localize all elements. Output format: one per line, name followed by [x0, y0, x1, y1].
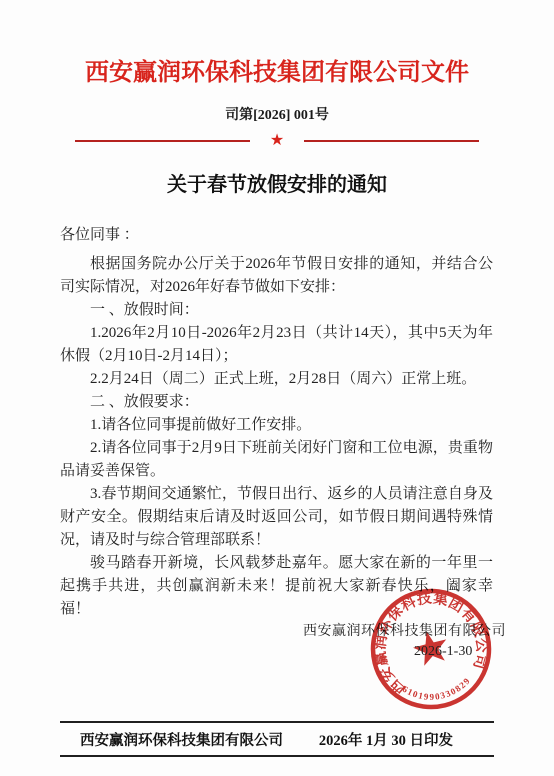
footer-bar: 西安赢润环保科技集团有限公司 2026年 1月 30 日印发: [60, 721, 494, 757]
paragraph: 二 、放假要求：: [60, 391, 493, 414]
greeting: 各位同事 ：: [60, 224, 493, 247]
notice-title: 关于春节放假安排的通知: [0, 168, 554, 197]
signature-date: 2026-1-30: [414, 644, 472, 660]
divider-rule-right: [304, 140, 479, 142]
doc-number: 司第[2026] 001号: [0, 104, 554, 124]
footer-issue-date: 2026年 1月 30 日印发: [319, 729, 453, 750]
paragraph: 3.春节期间交通繁忙，节假日出行、返乡的人员请注意自身及财产安全。假期结束后请及…: [60, 483, 493, 552]
document-body: 各位同事 ： 根据国务院办公厅关于2026年节假日安排的通知，并结合公司实际情况…: [60, 224, 493, 621]
org-title: 西安赢润环保科技集团有限公司文件: [0, 0, 554, 87]
signature-company: 西安赢润环保科技集团有限公司: [303, 620, 506, 640]
paragraph: 一 、放假时间：: [60, 299, 493, 322]
seal-serial-arc-text: 6101990330829: [399, 668, 475, 710]
paragraph: 2.请各位同事于2月9日下班前关闭好门窗和工位电源，贵重物品请妥善保管。: [60, 437, 493, 483]
paragraph: 根据国务院办公厅关于2026年节假日安排的通知，并结合公司实际情况，对2026年…: [60, 253, 493, 299]
svg-text:6101990330829: 6101990330829: [399, 668, 475, 710]
footer-company: 西安赢润环保科技集团有限公司: [80, 729, 283, 750]
star-icon: ★: [270, 136, 284, 146]
document-page: 西安赢润环保科技集团有限公司文件 司第[2026] 001号 ★ 关于春节放假安…: [0, 0, 554, 776]
red-divider: ★: [75, 136, 479, 146]
divider-rule-left: [75, 140, 250, 142]
paragraph: 1.2026年2月10日-2026年2月23日（共计14天），其中5天为年休假（…: [60, 322, 493, 368]
paragraph: 骏马踏春开新境，长风载梦赴嘉年。愿大家在新的一年里一起携手共进，共创赢润新未来！…: [60, 552, 493, 621]
paragraph: 2.2月24日（周二）正式上班，2月28日（周六）正常上班。: [60, 368, 493, 391]
paragraph: 1.请各位同事提前做好工作安排。: [60, 414, 493, 437]
